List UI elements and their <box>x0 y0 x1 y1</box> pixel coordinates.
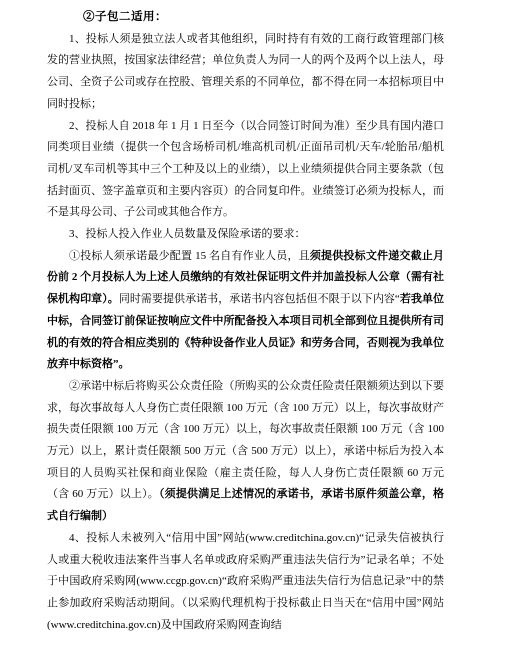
document-body: 1、投标人须是独立法人或者其他组织，同时持有有效的工商行政管理部门核发的营业执照… <box>47 29 444 637</box>
text-run: 3、投标人投入作业人员数量及保险承诺的要求： <box>69 228 306 240</box>
paragraph: ①投标人须承诺最少配置 15 名自有作业人员，且须提供投标文件递交截止月份前 2… <box>47 246 444 376</box>
section-heading: ②子包二适用： <box>47 7 444 29</box>
text-run: 4、投标人未被列入“信用中国”网站(www.creditchina.gov.cn… <box>47 532 444 631</box>
paragraph: 2、投标人自 2018 年 1 月 1 日至今（以合同签订时间为准）至少具有国内… <box>47 116 444 225</box>
text-run: 2、投标人自 2018 年 1 月 1 日至今（以合同签订时间为准）至少具有国内… <box>47 120 444 219</box>
paragraph: 1、投标人须是独立法人或者其他组织，同时持有有效的工商行政管理部门核发的营业执照… <box>47 29 444 116</box>
paragraph: 3、投标人投入作业人员数量及保险承诺的要求： <box>47 224 444 246</box>
text-run: 1、投标人须是独立法人或者其他组织，同时持有有效的工商行政管理部门核发的营业执照… <box>47 33 444 110</box>
paragraph: 4、投标人未被列入“信用中国”网站(www.creditchina.gov.cn… <box>47 528 444 637</box>
text-run: 同时需要提供承诺书，承诺书内容包括但不限于以下内容“ <box>119 293 400 305</box>
document-page: ②子包二适用： 1、投标人须是独立法人或者其他组织，同时持有有效的工商行政管理部… <box>0 0 508 661</box>
text-run: ①投标人须承诺最少配置 15 名自有作业人员，且 <box>69 250 310 262</box>
paragraph: ②承诺中标后将购买公众责任险（所购买的公众责任险责任限额须达到以下要求，每次事故… <box>47 376 444 528</box>
text-run: ②承诺中标后将购买公众责任险（所购买的公众责任险责任限额须达到以下要求，每次事故… <box>47 380 444 501</box>
